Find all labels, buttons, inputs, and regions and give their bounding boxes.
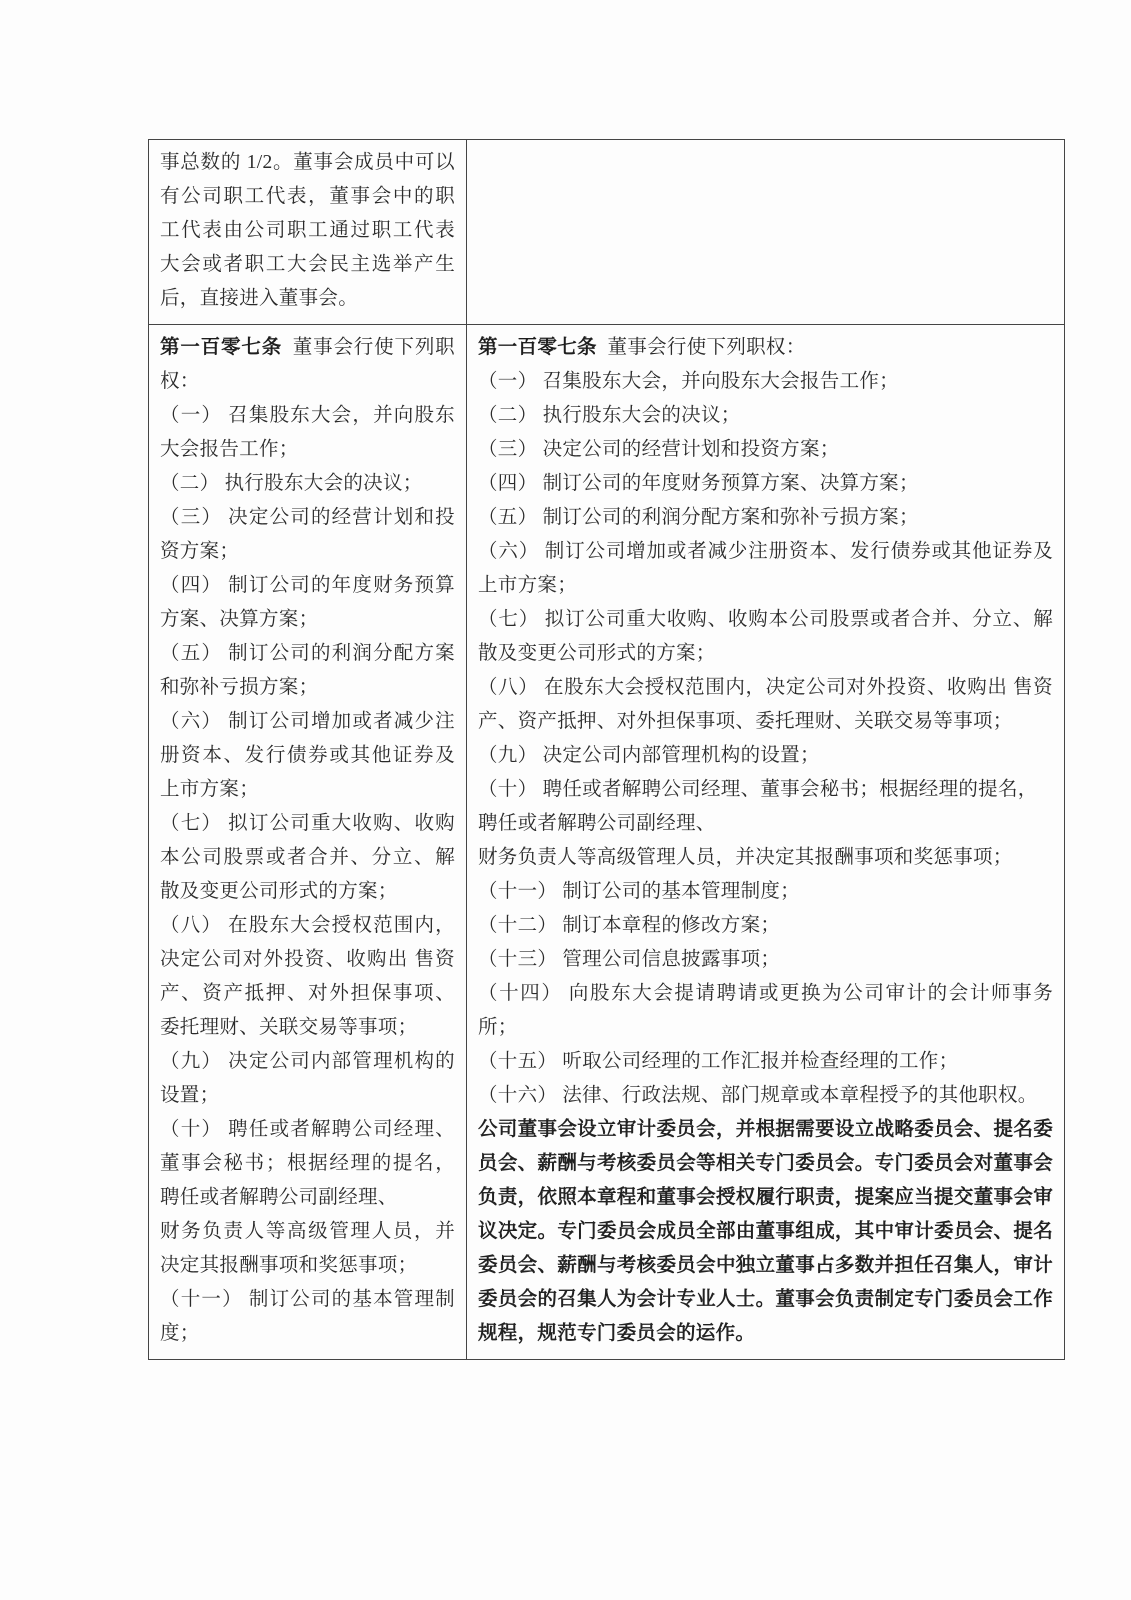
- paragraph: （十三） 管理公司信息披露事项；: [478, 943, 1053, 977]
- article-number: 第一百零七条: [160, 337, 282, 358]
- paragraph: （二） 执行股东大会的决议；: [160, 467, 455, 501]
- paragraph: 公司董事会设立审计委员会，并根据需要设立战略委员会、提名委员会、薪酬与考核委员会…: [478, 1113, 1053, 1351]
- paragraph: （二） 执行股东大会的决议；: [478, 399, 1053, 433]
- comparison-table-body: 事总数的 1/2。董事会成员中可以有公司职工代表，董事会中的职工代表由公司职工通…: [149, 140, 1065, 1360]
- article-number: 第一百零七条: [478, 337, 597, 358]
- paragraph: （五） 制订公司的利润分配方案和弥补亏损方案；: [160, 637, 455, 705]
- table-row: 事总数的 1/2。董事会成员中可以有公司职工代表，董事会中的职工代表由公司职工通…: [149, 140, 1065, 325]
- paragraph: （三） 决定公司的经营计划和投资方案；: [478, 433, 1053, 467]
- paragraph: （十） 聘任或者解聘公司经理、董事会秘书；根据经理的提名，: [478, 773, 1053, 807]
- cell-left-version: 事总数的 1/2。董事会成员中可以有公司职工代表，董事会中的职工代表由公司职工通…: [149, 140, 467, 325]
- paragraph: （六） 制订公司增加或者减少注册资本、发行债券或其他证券及上市方案；: [160, 705, 455, 807]
- paragraph: （十） 聘任或者解聘公司经理、董事会秘书；根据经理的提名，聘任或者解聘公司副经理…: [160, 1113, 455, 1215]
- paragraph: （十一） 制订公司的基本管理制度；: [478, 875, 1053, 909]
- paragraph: （十二） 制订本章程的修改方案；: [478, 909, 1053, 943]
- cell-right-version: 第一百零七条董事会行使下列职权：（一） 召集股东大会，并向股东大会报告工作；（二…: [467, 325, 1065, 1360]
- paragraph: （三） 决定公司的经营计划和投资方案；: [160, 501, 455, 569]
- paragraph: （四） 制订公司的年度财务预算方案、决算方案；: [478, 467, 1053, 501]
- paragraph: （四） 制订公司的年度财务预算方案、决算方案；: [160, 569, 455, 637]
- cell-left-version: 第一百零七条董事会行使下列职权：（一） 召集股东大会，并向股东大会报告工作；（二…: [149, 325, 467, 1360]
- cell-right-version: [467, 140, 1065, 325]
- paragraph: （十六） 法律、行政法规、部门规章或本章程授予的其他职权。: [478, 1079, 1053, 1113]
- paragraph: （九） 决定公司内部管理机构的设置；: [160, 1045, 455, 1113]
- paragraph: （八） 在股东大会授权范围内，决定公司对外投资、收购出 售资产、资产抵押、对外担…: [478, 671, 1053, 739]
- paragraph: 聘任或者解聘公司副经理、: [478, 807, 1053, 841]
- paragraph: 财务负责人等高级管理人员，并决定其报酬事项和奖惩事项；: [478, 841, 1053, 875]
- table-row: 第一百零七条董事会行使下列职权：（一） 召集股东大会，并向股东大会报告工作；（二…: [149, 325, 1065, 1360]
- paragraph: （七） 拟订公司重大收购、收购本公司股票或者合并、分立、解散及变更公司形式的方案…: [160, 807, 455, 909]
- paragraph: 事总数的 1/2。董事会成员中可以有公司职工代表，董事会中的职工代表由公司职工通…: [160, 146, 455, 316]
- paragraph: 第一百零七条董事会行使下列职权：: [160, 331, 455, 399]
- paragraph: （九） 决定公司内部管理机构的设置；: [478, 739, 1053, 773]
- paragraph: 财务负责人等高级管理人员，并决定其报酬事项和奖惩事项；: [160, 1215, 455, 1283]
- comparison-table: 事总数的 1/2。董事会成员中可以有公司职工代表，董事会中的职工代表由公司职工通…: [148, 139, 1065, 1360]
- paragraph: （五） 制订公司的利润分配方案和弥补亏损方案；: [478, 501, 1053, 535]
- paragraph: （一） 召集股东大会，并向股东大会报告工作；: [478, 365, 1053, 399]
- document-page: 事总数的 1/2。董事会成员中可以有公司职工代表，董事会中的职工代表由公司职工通…: [0, 0, 1131, 1600]
- paragraph: （十一） 制订公司的基本管理制度；: [160, 1283, 455, 1351]
- paragraph: （七） 拟订公司重大收购、收购本公司股票或者合并、分立、解散及变更公司形式的方案…: [478, 603, 1053, 671]
- paragraph: （十五） 听取公司经理的工作汇报并检查经理的工作；: [478, 1045, 1053, 1079]
- paragraph: 第一百零七条董事会行使下列职权：: [478, 331, 1053, 365]
- paragraph: （六） 制订公司增加或者减少注册资本、发行债券或其他证券及上市方案；: [478, 535, 1053, 603]
- paragraph: （十四） 向股东大会提请聘请或更换为公司审计的会计师事务所；: [478, 977, 1053, 1045]
- paragraph: （八） 在股东大会授权范围内，决定公司对外投资、收购出 售资产、资产抵押、对外担…: [160, 909, 455, 1045]
- paragraph: （一） 召集股东大会，并向股东大会报告工作；: [160, 399, 455, 467]
